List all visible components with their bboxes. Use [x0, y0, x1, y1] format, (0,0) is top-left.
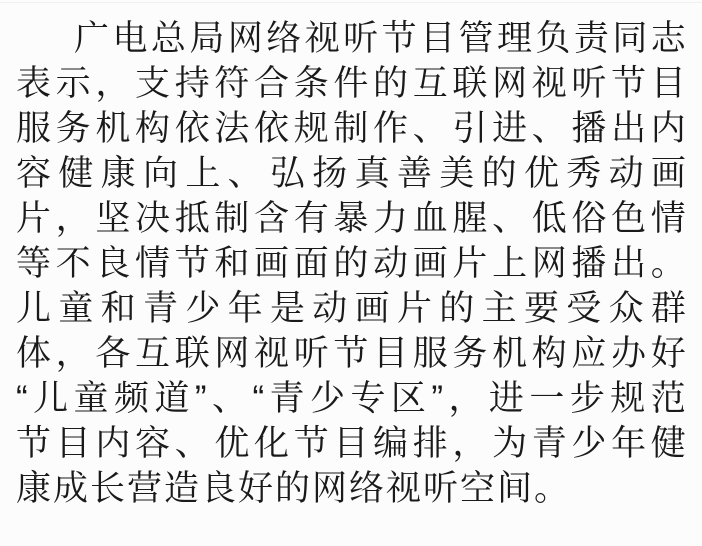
text-line: “儿童频道”、“青少专区”，进一步规范 — [16, 376, 686, 421]
top-edge-artifact — [0, 2, 702, 3]
text-line: 广电总局网络视听节目管理负责同志 — [16, 16, 686, 61]
text-line: 等不良情节和画面的动画片上网播出。 — [16, 241, 686, 286]
text-line: 容健康向上、弘扬真善美的优秀动画 — [16, 151, 686, 196]
news-paragraph: 广电总局网络视听节目管理负责同志 表示，支持符合条件的互联网视听节目 服务机构依… — [0, 0, 702, 511]
text-line: 体，各互联网视听节目服务机构应办好 — [16, 331, 686, 376]
text-line: 康成长营造良好的网络视听空间。 — [16, 466, 686, 511]
text-line: 节目内容、优化节目编排，为青少年健 — [16, 421, 686, 466]
text-line: 片，坚决抵制含有暴力血腥、低俗色情 — [16, 196, 686, 241]
text-line: 表示，支持符合条件的互联网视听节目 — [16, 61, 686, 106]
text-line: 儿童和青少年是动画片的主要受众群 — [16, 286, 686, 331]
document-page: 广电总局网络视听节目管理负责同志 表示，支持符合条件的互联网视听节目 服务机构依… — [0, 0, 702, 511]
text-line: 服务机构依法依规制作、引进、播出内 — [16, 106, 686, 151]
